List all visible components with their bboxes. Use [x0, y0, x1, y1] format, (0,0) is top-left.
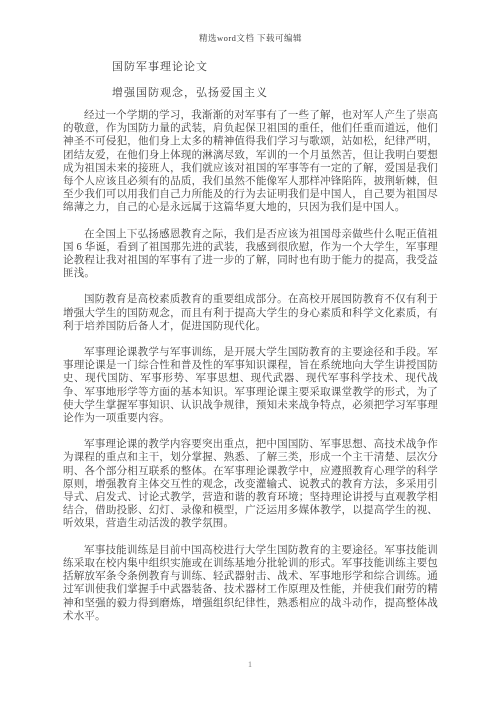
- doc-subtitle: 增强国防观念，弘扬爱国主义: [63, 87, 438, 100]
- doc-title: 国防军事理论论文: [63, 61, 438, 74]
- paragraph-3: 国防教育是高校素质教育的重要组成部分。在高校开展国防教育不仅有利于增强大学生的国…: [63, 293, 438, 333]
- paragraph-1: 经过一个学期的学习，我渐渐的对军事有了一些了解，也对军人产生了崇高的敬意，作为国…: [63, 109, 438, 215]
- paragraph-5: 军事理论课的教学内容要突出重点，把中国国防、军事思想、高技术战争作为课程的重点和…: [63, 438, 438, 530]
- document-page: 精选word文档 下载可编辑 国防军事理论论文 增强国防观念，弘扬爱国主义 经过…: [0, 0, 500, 707]
- paragraph-2: 在全国上下弘扬感恩教育之际，我们是否应该为祖国母亲做些什么呢正值祖国 6 华诞，…: [63, 228, 438, 281]
- paragraph-6: 军事技能训练是目前中国高校进行大学生国防教育的主要途径。军事技能训练采取在校内集…: [63, 544, 438, 623]
- page-number: 1: [0, 660, 500, 669]
- watermark-text: 精选word文档 下载可编辑: [63, 33, 438, 44]
- paragraph-4: 军事理论课教学与军事训练，是开展大学生国防教育的主要途径和手段。军事理论课是一门…: [63, 346, 438, 425]
